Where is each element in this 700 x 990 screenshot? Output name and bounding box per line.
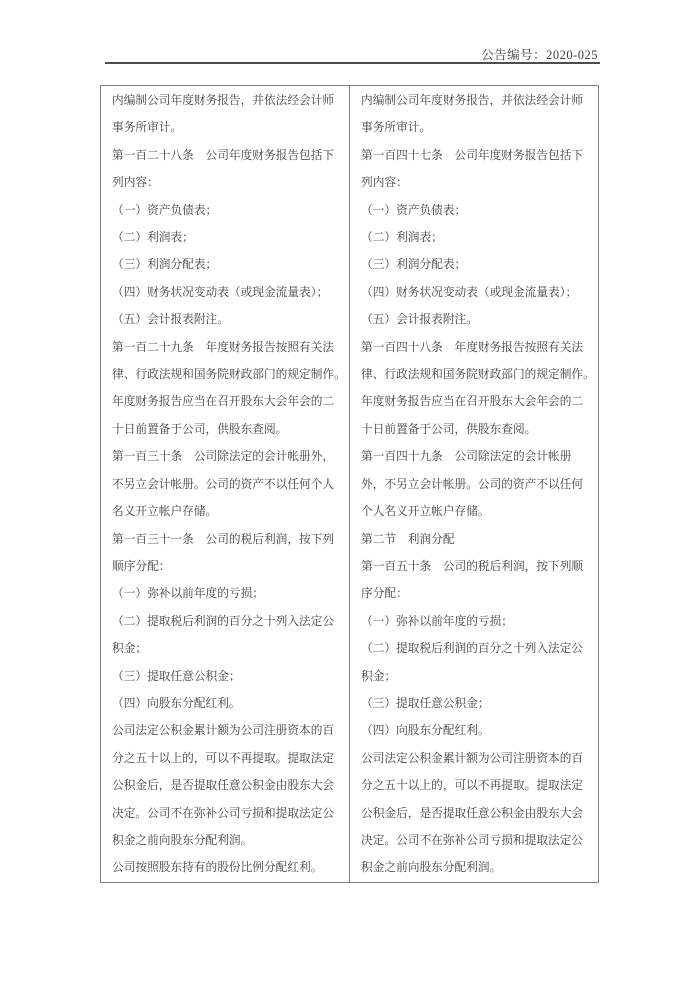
text-line: （四）财务状况变动表（或现金流量表）； (112, 279, 347, 306)
text-line: 第二节 利润分配 (361, 526, 596, 553)
text-line: 公司法定公积金累计额为公司注册资本的百 (361, 745, 596, 772)
text-line: 事务所审计。 (361, 114, 596, 141)
text-line: 第一百四十七条 公司年度财务报告包括下 (361, 142, 596, 169)
text-line: （四）财务状况变动表（或现金流量表）； (361, 279, 596, 306)
text-line: 十日前置备于公司，供股东查阅。 (112, 416, 347, 443)
text-line: 名义开立帐户存储。 (112, 498, 347, 525)
text-line: 公司按照股东持有的股份比例分配红利。 (112, 854, 347, 881)
text-line: 不另立会计帐册。公司的资产不以任何个人 (112, 471, 347, 498)
text-line: 公积金后，是否提取任意公积金由股东大会 (112, 772, 347, 799)
text-line: 律、行政法规和国务院财政部门的规定制作。 (361, 361, 596, 388)
text-line: 列内容： (112, 169, 347, 196)
text-line: （一）资产负债表； (112, 197, 347, 224)
text-line: （三）提取任意公积金； (361, 690, 596, 717)
text-line: 积金之前向股东分配利润。 (112, 827, 347, 854)
articles-comparison-table: 内编制公司年度财务报告，并依法经会计师事务所审计。第一百二十八条 公司年度财务报… (100, 85, 599, 883)
text-line: 积金之前向股东分配利润。 (361, 854, 596, 881)
text-line: 律、行政法规和国务院财政部门的规定制作。 (112, 361, 347, 388)
text-line: 内编制公司年度财务报告，并依法经会计师 (112, 87, 347, 114)
text-line: 个人名义开立帐户存储。 (361, 498, 596, 525)
text-line: 列内容： (361, 169, 596, 196)
text-line: 第一百三十一条 公司的税后利润，按下列 (112, 526, 347, 553)
text-line: （四）向股东分配红利。 (112, 690, 347, 717)
announcement-number: 公告编号：2020-025 (481, 45, 598, 63)
text-line: （三）利润分配表； (112, 251, 347, 278)
text-line: 分之五十以上的，可以不再提取。提取法定 (361, 772, 596, 799)
document-page: 公告编号：2020-025 内编制公司年度财务报告，并依法经会计师事务所审计。第… (0, 0, 700, 990)
text-line: （三）提取任意公积金； (112, 663, 347, 690)
text-line: 第一百五十条 公司的税后利润，按下列顺 (361, 553, 596, 580)
text-line: 第一百三十条 公司除法定的会计帐册外， (112, 443, 347, 470)
text-line: 决定。公司不在弥补公司亏损和提取法定公 (361, 827, 596, 854)
text-line: 外，不另立会计帐册。公司的资产不以任何 (361, 471, 596, 498)
text-line: 年度财务报告应当在召开股东大会年会的二 (361, 388, 596, 415)
text-line: （一）弥补以前年度的亏损； (361, 608, 596, 635)
text-line: 内编制公司年度财务报告，并依法经会计师 (361, 87, 596, 114)
text-line: （二）利润表； (361, 224, 596, 251)
text-line: 年度财务报告应当在召开股东大会年会的二 (112, 388, 347, 415)
text-line: （三）利润分配表； (361, 251, 596, 278)
text-line: （一）弥补以前年度的亏损； (112, 580, 347, 607)
text-line: （五）会计报表附注。 (112, 306, 347, 333)
text-line: 十日前置备于公司，供股东查阅。 (361, 416, 596, 443)
text-line: 分之五十以上的，可以不再提取。提取法定 (112, 745, 347, 772)
text-line: 积金； (361, 663, 596, 690)
text-line: （二）提取税后利润的百分之十列入法定公 (112, 608, 347, 635)
text-line: 公积金后，是否提取任意公积金由股东大会 (361, 800, 596, 827)
text-line: 序分配： (361, 580, 596, 607)
text-line: 积金； (112, 635, 347, 662)
table-column-right: 内编制公司年度财务报告，并依法经会计师事务所审计。第一百四十七条 公司年度财务报… (350, 86, 598, 882)
text-line: 第一百二十九条 年度财务报告按照有关法 (112, 334, 347, 361)
text-line: （一）资产负债表； (361, 197, 596, 224)
text-line: （四）向股东分配红利。 (361, 717, 596, 744)
text-line: 公司法定公积金累计额为公司注册资本的百 (112, 717, 347, 744)
table-column-left: 内编制公司年度财务报告，并依法经会计师事务所审计。第一百二十八条 公司年度财务报… (101, 86, 350, 882)
text-line: 第一百四十八条 年度财务报告按照有关法 (361, 334, 596, 361)
text-line: （五）会计报表附注。 (361, 306, 596, 333)
text-line: 第一百二十八条 公司年度财务报告包括下 (112, 142, 347, 169)
text-line: 事务所审计。 (112, 114, 347, 141)
text-line: 决定。公司不在弥补公司亏损和提取法定公 (112, 800, 347, 827)
text-line: 第一百四十九条 公司除法定的会计帐册 (361, 443, 596, 470)
text-line: （二）利润表； (112, 224, 347, 251)
text-line: 顺序分配： (112, 553, 347, 580)
text-line: （二）提取税后利润的百分之十列入法定公 (361, 635, 596, 662)
header-rule-divider (105, 62, 600, 64)
